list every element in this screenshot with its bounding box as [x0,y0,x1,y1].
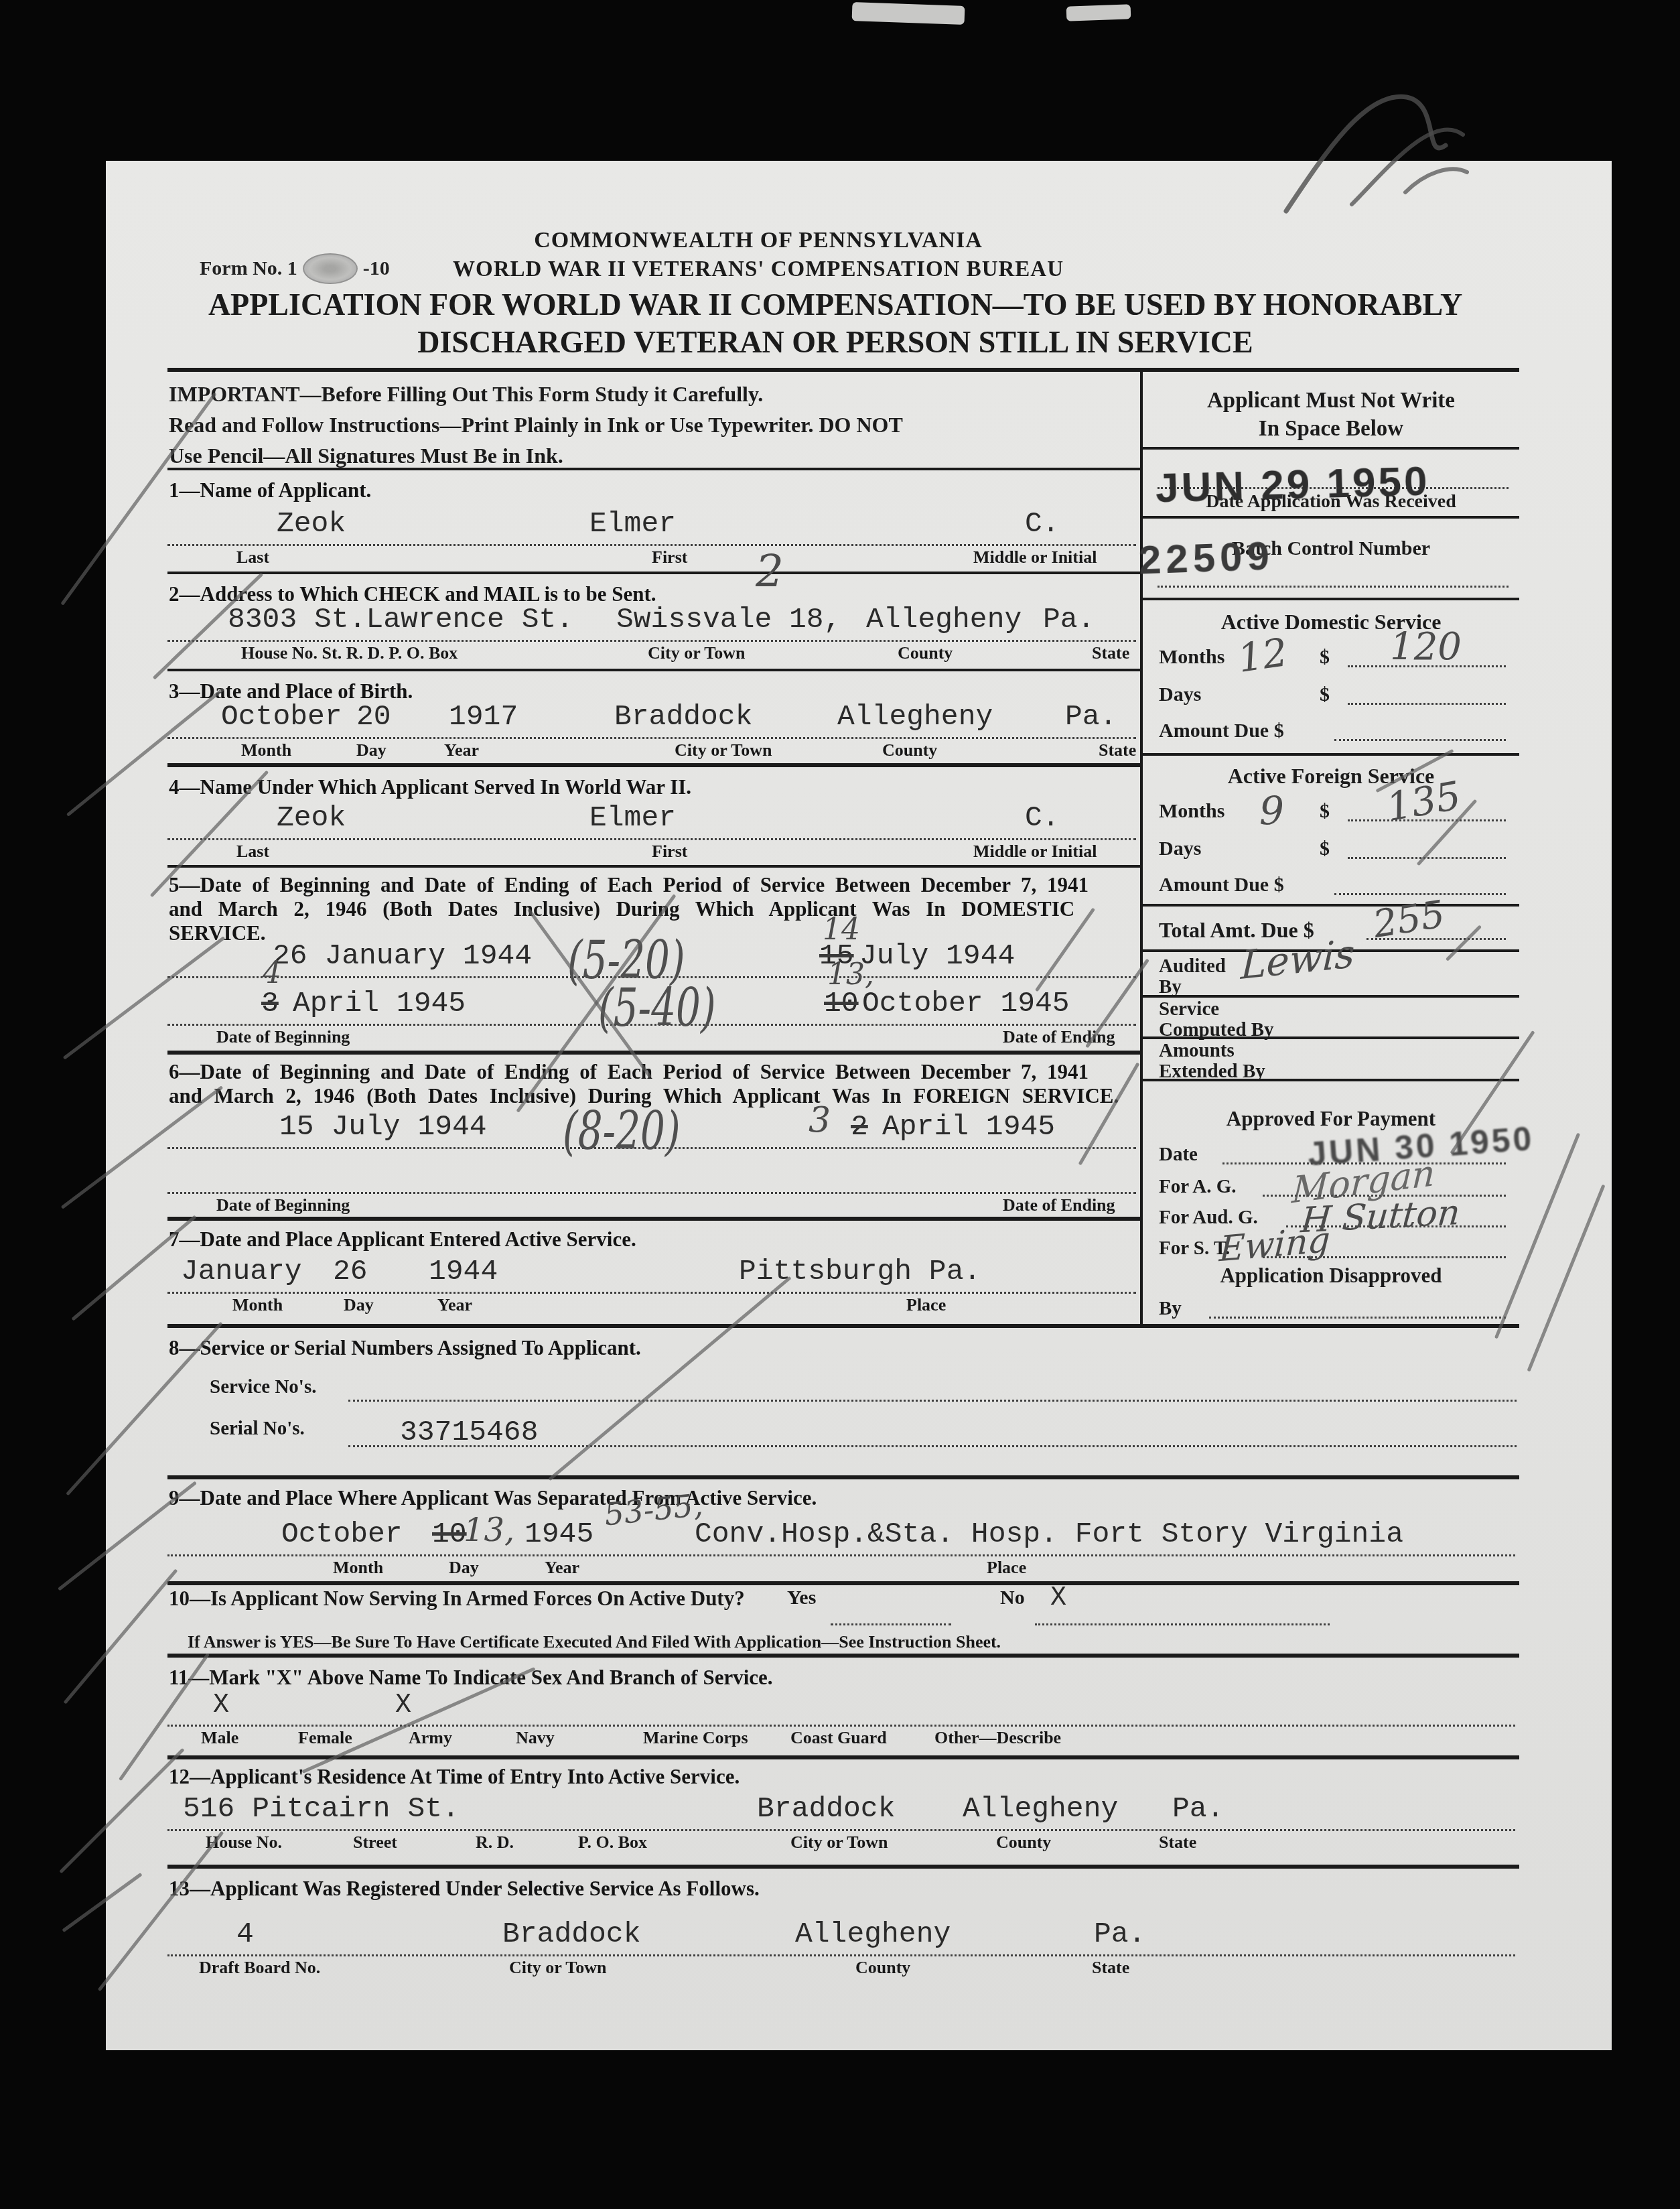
field-8-heading: 8—Service or Serial Numbers Assigned To … [167,1328,1519,1360]
field-5-heading-l2: and March 2, 1946 (Both Dates Inclusive)… [169,897,1137,921]
residence-city: Braddock [757,1792,895,1825]
commonwealth-line: COMMONWEALTH OF PENNSYLVANIA [106,228,1411,253]
label-month: Month [241,740,291,760]
foreign-amount-line [1334,893,1506,895]
served-last: Zeok [277,801,346,834]
disapproved-by-line [1209,1317,1506,1319]
field-11-sex-branch: 11—Mark "X" Above Name To Indicate Sex A… [167,1658,1519,1759]
field-5-row-2: 3 4 April 1945 (5-40) 10 13, October 194… [167,978,1136,1026]
service-computed-label: Service Computed By [1143,998,1519,1041]
draft-state: Pa. [1094,1918,1145,1950]
foreign-days-row: Days $ [1159,831,1506,864]
important-line-1: IMPORTANT—Before Filling Out This Form S… [167,372,1140,409]
address-street: 8303 St.Lawrence St. [228,603,573,636]
batch-control-line [1158,586,1509,588]
field-13-selective-service: 13—Applicant Was Registered Under Select… [167,1869,1519,2036]
birth-city: Braddock [614,700,752,733]
dollar-sign: $ [1320,800,1330,823]
period-2-begin-day-corrected: 4 [263,956,281,990]
active-domestic-title: Active Domestic Service [1143,600,1519,634]
draft-board-no: 4 [236,1918,254,1950]
label-city: City or Town [648,643,745,663]
field-11-marks-line: X X [167,1690,1515,1727]
dollar-sign: $ [1320,646,1330,669]
form-page: Form No. 1 -10 COMMONWEALTH OF PENNSYLVA… [106,161,1612,2050]
form-lower-grid: 8—Service or Serial Numbers Assigned To … [167,1324,1519,2036]
label-male: Male [201,1728,238,1748]
page-title: APPLICATION FOR WORLD WAR II COMPENSATIO… [106,287,1565,322]
label-middle: Middle or Initial [973,842,1097,862]
field-12-value-line: 516 Pitcairn St. Braddock Allegheny Pa. [167,1789,1515,1831]
no-write-line-2: In Space Below [1143,415,1519,443]
bureau-line: WORLD WAR II VETERANS' COMPENSATION BURE… [106,257,1411,282]
domestic-days-line [1348,703,1506,705]
label-navy: Navy [516,1728,555,1748]
label-city: City or Town [790,1832,888,1853]
foreign-amount-row: Amount Due $ [1159,867,1506,900]
label-county: County [898,643,953,663]
entered-month: January [181,1255,302,1288]
field-4-value-line: Zeok Elmer C. [167,799,1136,840]
field-3-value-line: October 20 1917 Braddock Allegheny Pa. [167,704,1136,739]
field-1-heading: 1—Name of Applicant. [167,470,1140,503]
label-county: County [855,1958,910,1978]
name-middle: C. [1025,507,1060,540]
label-day: Day [356,740,387,760]
name-last: Zeok [277,507,346,540]
address-state: Pa. [1043,603,1095,636]
dollar-sign: $ [1320,838,1330,860]
residence-street: 516 Pitcairn St. [183,1792,460,1825]
field-9-labels: Month Day Year Place [167,1556,1519,1581]
field-13-heading: 13—Applicant Was Registered Under Select… [167,1869,1519,1901]
field-7-labels: Month Day Year Place [167,1294,1140,1318]
extended-by-word: Extended By [1159,1061,1519,1082]
field-6-row-1: 15 July 1944 (8-20) 3 2 April 1945 [167,1108,1136,1149]
separation-day-corrected: 13, [464,1512,514,1549]
birth-month: October [221,700,342,733]
days-label: Days [1159,838,1201,860]
field-2-heading: 2—Address to Which CHECK and MAIL is to … [167,574,1140,606]
foreign-begin: 15 July 1944 [279,1110,487,1143]
main-column: IMPORTANT—Before Filling Out This Form S… [167,372,1143,1324]
for-ag-label: For A. G. [1159,1176,1236,1198]
corner-scribble-mark [1273,70,1474,231]
service-numbers-label: Service No's. [210,1376,316,1403]
field-13-value-line: 4 Braddock Allegheny Pa. [167,1906,1515,1956]
entered-day: 26 [333,1255,368,1288]
no-answer-mark: X [1050,1583,1066,1613]
field-7-entered-service: 7—Date and Place Applicant Entered Activ… [167,1221,1140,1321]
address-county: Allegheny [866,603,1022,636]
serial-number-value: 33715468 [400,1416,538,1449]
separation-month: October [281,1518,403,1550]
label-date-of-ending: Date of Ending [1003,1195,1115,1215]
important-line-3: Use Pencil—All Signatures Must Be in Ink… [167,440,1140,471]
label-first: First [652,547,687,567]
field-3-heading: 3—Date and Place of Birth. [167,671,1140,704]
foreign-months-value: 9 [1259,788,1284,833]
label-house: House No. St. R. D. P. O. Box [241,643,458,663]
disapproved-by-row: By [1159,1293,1506,1323]
label-last: Last [236,842,269,862]
label-street: Street [353,1832,397,1853]
label-female: Female [298,1728,352,1748]
no-label: No [1000,1587,1025,1627]
entered-year: 1944 [429,1255,498,1288]
draft-city: Braddock [502,1918,640,1950]
period-2-end-date: October 1945 [862,987,1070,1020]
served-middle: C. [1025,801,1060,834]
label-state: State [1099,740,1136,760]
army-mark: X [395,1690,411,1721]
separation-place: Conv.Hosp.&Sta. Hosp. Fort Story Virgini… [695,1518,1403,1550]
served-first: Elmer [589,801,676,834]
label-date-of-beginning: Date of Beginning [216,1027,350,1047]
field-9-heading: 9—Date and Place Where Applicant Was Sep… [167,1479,1519,1510]
no-write-notice: Applicant Must Not Write In Space Below [1143,372,1519,450]
months-label: Months [1159,800,1224,823]
by-word: By [1159,977,1519,998]
service-computed-block: Service Computed By [1143,998,1519,1039]
label-marine-corps: Marine Corps [643,1728,748,1748]
by-label: By [1159,1298,1182,1320]
label-day: Day [344,1295,374,1315]
birth-day: 20 [356,700,391,733]
field-2-labels: House No. St. R. D. P. O. Box City or To… [167,642,1140,669]
label-city: City or Town [509,1958,606,1978]
field-10-active-duty: 10—Is Applicant Now Serving In Armed For… [167,1585,1519,1658]
field-2-value-line: 8303 St.Lawrence St. Swissvale 18, Alleg… [167,606,1136,642]
active-foreign-service-block: Active Foreign Service Months 9 $ 135 Da… [1143,756,1519,907]
serial-numbers-line [348,1445,1517,1447]
field-5-domestic-service: 5—Date of Beginning and Date of Ending o… [167,868,1140,1055]
domestic-months-value: 12 [1235,629,1291,681]
draft-county: Allegheny [795,1918,951,1950]
field-9-value-line: October 10 13, 1945 Conv.Hosp.&Sta. Hosp… [167,1513,1515,1556]
label-rd: R. D. [476,1832,514,1853]
serial-numbers-label: Serial No's. [210,1418,305,1449]
period-2-end-day-struck: 10 [824,987,859,1020]
address-city: Swissvale 18, [616,603,841,636]
field-7-heading: 7—Date and Place Applicant Entered Activ… [167,1221,1140,1252]
separation-year: 1945 [524,1518,593,1550]
name-first: Elmer [589,507,676,540]
residence-county: Allegheny [963,1792,1118,1825]
days-label: Days [1159,683,1201,706]
label-state: State [1159,1832,1196,1853]
amount-due-label: Amount Due $ [1159,874,1284,896]
foreign-end-date: April 1945 [882,1110,1055,1143]
amounts-word: Amounts [1159,1041,1519,1061]
serial-numbers-row: Serial No's. 33715468 [167,1416,1519,1451]
field-11-heading: 11—Mark "X" Above Name To Indicate Sex A… [167,1658,1519,1690]
domestic-days-row: Days $ [1159,677,1506,710]
domestic-amount-row: Amount Due $ [1159,713,1506,746]
amounts-extended-label: Amounts Extended By [1143,1039,1519,1082]
label-middle: Middle or Initial [973,547,1097,567]
label-first: First [652,842,687,862]
active-domestic-service-block: Active Domestic Service Months 12 $ 120 … [1143,600,1519,756]
date-received-stamp: JUN 29 1950 [1155,458,1430,513]
scan-artifact [852,2,965,25]
entered-place: Pittsburgh Pa. [739,1255,981,1288]
field-12-heading: 12—Applicant's Residence At Time of Entr… [167,1759,1519,1789]
residence-state: Pa. [1172,1792,1224,1825]
scan-artifact [1066,4,1131,21]
page-title-line2: DISCHARGED VETERAN OR PERSON STILL IN SE… [106,324,1565,360]
label-other-describe: Other—Describe [934,1728,1061,1748]
field-3-labels: Month Day Year City or Town County State [167,739,1140,766]
label-po-box: P. O. Box [578,1832,647,1853]
label-coast-guard: Coast Guard [790,1728,887,1748]
field-2-pencil-note: 2 [756,545,784,597]
label-year: Year [545,1558,579,1578]
label-date-of-beginning: Date of Beginning [216,1195,350,1215]
service-word: Service [1159,999,1519,1020]
for-aud-g-label: For Aud. G. [1159,1207,1258,1229]
months-label: Months [1159,646,1224,669]
computed-by-word: Computed By [1159,1020,1519,1041]
active-foreign-title: Active Foreign Service [1143,756,1519,789]
label-year: Year [444,740,479,760]
field-1-labels: Last First Middle or Initial [167,546,1140,573]
service-numbers-line [348,1400,1517,1402]
label-draft-board-no: Draft Board No. [199,1958,320,1978]
label-state: State [1092,643,1129,663]
field-6-row-2-blank [167,1149,1136,1194]
amount-due-label: Amount Due $ [1159,720,1284,742]
separation-day-struck: 10 [432,1518,467,1550]
field-12-labels: House No. Street R. D. P. O. Box City or… [167,1831,1519,1858]
field-4-labels: Last First Middle or Initial [167,840,1140,867]
date-label: Date [1159,1144,1198,1166]
field-6-heading-l1: 6—Date of Beginning and Date of Ending o… [169,1060,1137,1084]
field-5-row-1: 26 January 1944 (5-20) 15 14 July 1944 [167,945,1136,978]
label-county: County [996,1832,1051,1853]
male-mark: X [213,1690,229,1721]
period-2-begin-day-struck: 3 [261,987,279,1020]
field-5-heading-l1: 5—Date of Beginning and Date of Ending o… [169,873,1137,897]
label-army: Army [409,1728,452,1748]
foreign-end-day-struck: 2 [851,1110,868,1143]
field-12-residence: 12—Applicant's Residence At Time of Entr… [167,1759,1519,1869]
foreign-end-day-corrected: 3 [809,1100,831,1140]
no-answer-line [1035,1623,1330,1625]
period-1-end-day-corrected: 14 [823,913,860,947]
field-7-value-line: January 26 1944 Pittsburgh Pa. [167,1252,1136,1294]
birth-year: 1917 [449,700,518,733]
yes-answer-line [831,1623,951,1625]
important-line-2: Read and Follow Instructions—Print Plain… [167,409,1140,440]
label-state: State [1092,1958,1129,1978]
field-13-labels: Draft Board No. City or Town County Stat… [167,1956,1519,1983]
domestic-amount-line [1334,739,1506,741]
no-write-line-1: Applicant Must Not Write [1143,372,1519,415]
application-disapproved-title: Application Disapproved [1143,1264,1519,1288]
field-8-serial-numbers: 8—Service or Serial Numbers Assigned To … [167,1324,1519,1479]
service-numbers-row: Service No's. [167,1375,1519,1406]
field-4-service-name: 4—Name Under Which Applicant Served In W… [167,767,1140,868]
field-10-question-row: 10—Is Applicant Now Serving In Armed For… [167,1585,1519,1631]
scanned-document: Form No. 1 -10 COMMONWEALTH OF PENNSYLVA… [0,0,1680,2209]
birth-county: Allegheny [837,700,993,733]
period-2-begin-date: April 1945 [293,987,466,1020]
field-6-labels: Date of Beginning Date of Ending [167,1194,1140,1221]
label-county: County [882,740,937,760]
batch-number-stamp: 22509 [1138,532,1275,583]
field-2-address: 2—Address to Which CHECK and MAIL is to … [167,574,1140,671]
field-4-heading: 4—Name Under Which Applicant Served In W… [167,767,1140,799]
field-6-foreign-service: 6—Date of Beginning and Date of Ending o… [167,1055,1140,1221]
birth-state: Pa. [1065,700,1117,733]
field-10-heading: 10—Is Applicant Now Serving In Armed For… [169,1587,745,1627]
label-city: City or Town [675,740,772,760]
field-9-separation: 9—Date and Place Where Applicant Was Sep… [167,1479,1519,1585]
label-place: Place [987,1558,1026,1578]
field-5-labels: Date of Beginning Date of Ending [167,1026,1140,1053]
amounts-extended-block: Amounts Extended By [1143,1039,1519,1081]
domestic-rate-value: 120 [1390,625,1462,669]
agency-heading: COMMONWEALTH OF PENNSYLVANIA WORLD WAR I… [106,228,1411,282]
important-notice: IMPORTANT—Before Filling Out This Form S… [167,372,1140,470]
label-day: Day [449,1558,479,1578]
label-last: Last [236,547,269,567]
field-1-name: 1—Name of Applicant. Zeok Elmer C. Last … [167,470,1140,574]
period-1-end-date: July 1944 [859,939,1015,972]
label-month: Month [333,1558,383,1578]
field-10-note: If Answer is YES—Be Sure To Have Certifi… [188,1632,1539,1652]
period-1-begin: 26 January 1944 [273,939,532,972]
dollar-sign: $ [1320,683,1330,706]
domestic-months-row: Months 12 $ 120 [1159,635,1506,673]
label-place: Place [906,1295,946,1315]
field-1-value-line: Zeok Elmer C. [167,503,1136,546]
yes-label: Yes [787,1587,816,1627]
field-3-birth: 3—Date and Place of Birth. October 20 19… [167,671,1140,767]
label-month: Month [232,1295,283,1315]
label-year: Year [437,1295,472,1315]
